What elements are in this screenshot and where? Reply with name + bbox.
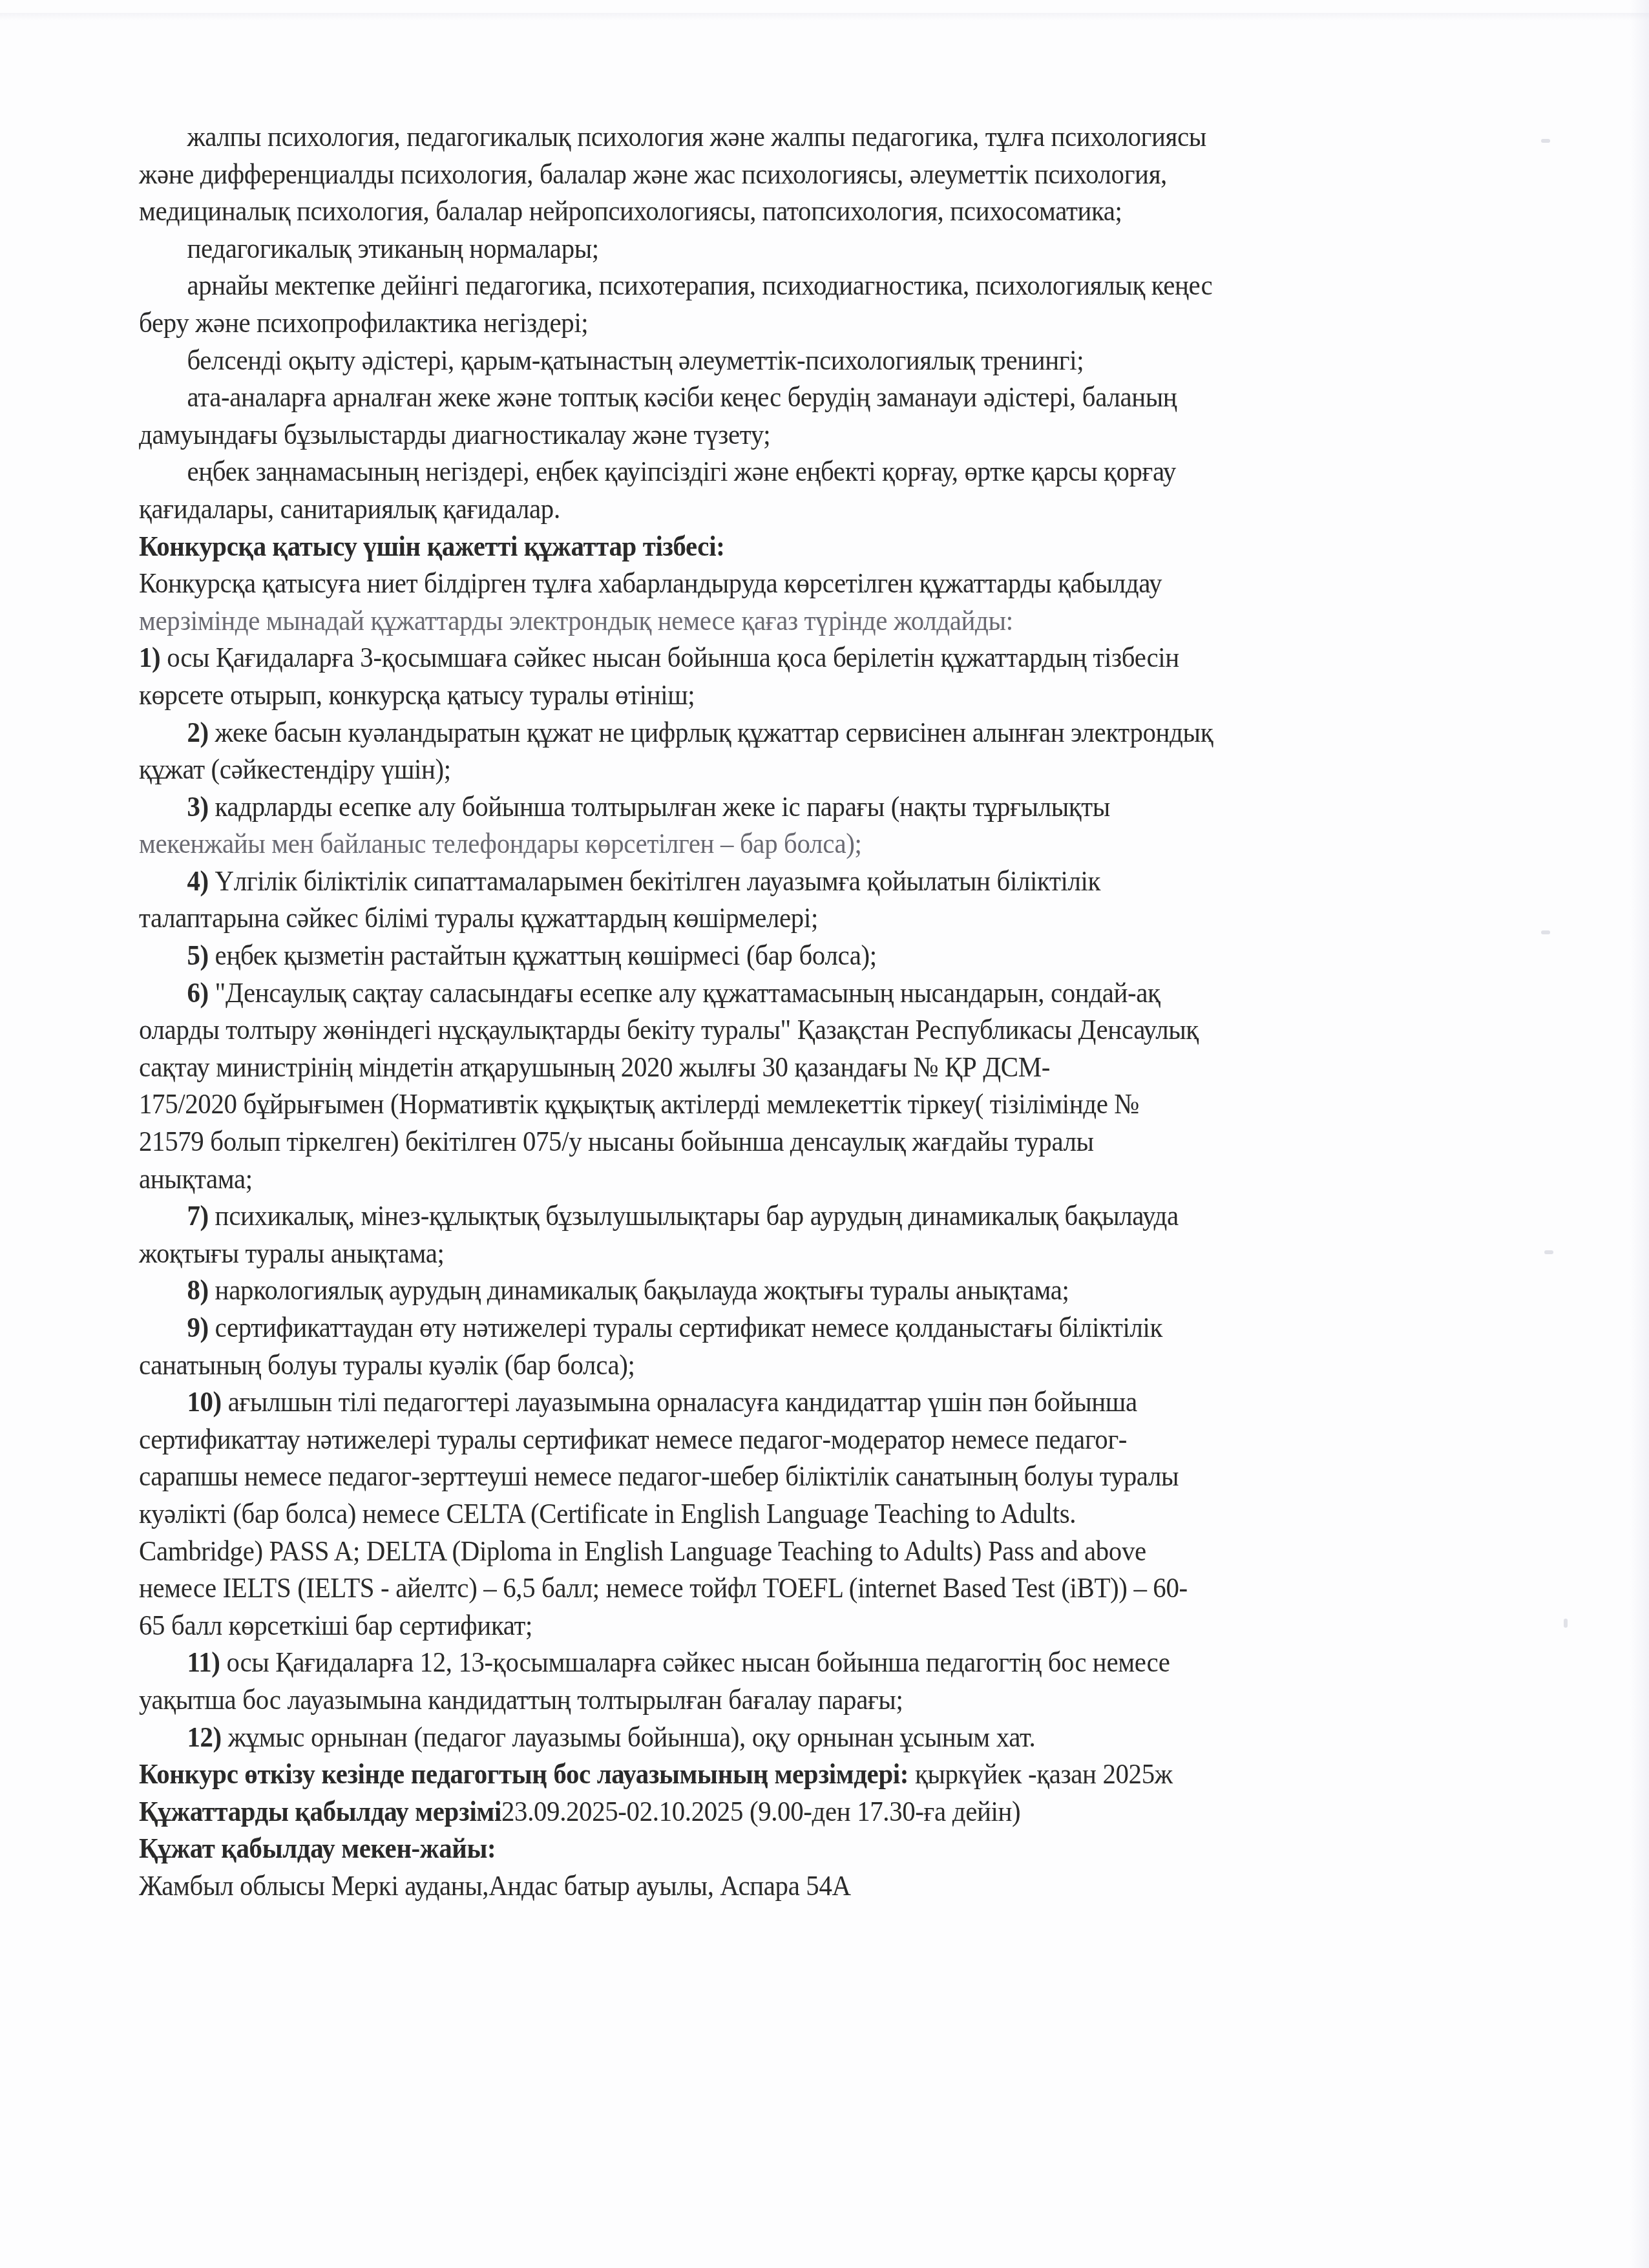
document-item-7: 7) психикалық, мінез-құлықтық бұзылушылы…	[139, 1197, 1485, 1272]
vacancy-period: Конкурс өткізу кезінде педагогтың бос ла…	[139, 1756, 1485, 1793]
scan-speck	[1541, 139, 1550, 143]
item-text: мекенжайы мен байланыс телефондары көрсе…	[139, 825, 1485, 863]
document-item-5: 5) еңбек қызметін растайтын құжаттың көш…	[139, 937, 1485, 974]
scanned-page: жалпы психология, педагогикалық психолог…	[0, 0, 1649, 2268]
item-text: сақтау министрінің міндетін атқарушының …	[139, 1049, 1485, 1086]
text-line: медициналық психология, балалар нейропси…	[139, 193, 1485, 230]
item-text: анықтама;	[139, 1160, 1485, 1198]
item-number: 7)	[187, 1200, 208, 1232]
text-line: қағидалары, санитариялық қағидалар.	[139, 490, 1485, 528]
item-text: немесе IELTS (IELTS - айелтс) – 6,5 балл…	[139, 1570, 1485, 1607]
item-number: 12)	[187, 1721, 221, 1753]
text-line: және дифференциалды психология, балалар …	[139, 156, 1485, 193]
item-text: 65 балл көрсеткіші бар сертификат;	[139, 1607, 1485, 1644]
text-line: арнайы мектепке дейінгі педагогика, псих…	[139, 267, 1485, 304]
text-line: ата-аналарға арналған жеке және топтық к…	[139, 379, 1485, 416]
text-line: Конкурсқа қатысуға ниет білдірген тұлға …	[139, 565, 1485, 602]
item-text: кадрларды есепке алу бойынша толтырылған…	[209, 791, 1110, 823]
item-text: уақытша бос лауазымына кандидаттың толты…	[139, 1681, 1485, 1719]
item-number: 5)	[187, 940, 208, 971]
document-item-3: 3) кадрларды есепке алу бойынша толтырыл…	[139, 788, 1485, 863]
scan-edge-artifact	[0, 13, 1649, 21]
item-number: 11)	[187, 1646, 220, 1678]
item-number: 1)	[139, 642, 160, 673]
documents-heading: Конкурсқа қатысу үшін қажетті құжаттар т…	[139, 528, 1485, 565]
acceptance-period-value: 23.09.2025-02.10.2025 (9.00-ден 17.30-ға…	[501, 1796, 1020, 1827]
document-item-8: 8) наркологиялық аурудың динамикалық бақ…	[139, 1272, 1485, 1309]
item-text: 175/2020 бұйрығымен (Нормативтік құқықты…	[139, 1086, 1485, 1123]
text-line: еңбек заңнамасының негіздері, еңбек қауі…	[139, 453, 1485, 490]
item-text: құжат (сәйкестендіру үшін);	[139, 751, 1485, 788]
item-text: талаптарына сәйкес білімі туралы құжатта…	[139, 899, 1485, 937]
document-item-6: 6) "Денсаулық сақтау саласындағы есепке …	[139, 974, 1485, 1198]
vacancy-period-value: қыркүйек -қазан 2025ж	[909, 1758, 1173, 1790]
item-text: осы Қағидаларға 12, 13-қосымшаларға сәйк…	[220, 1646, 1170, 1678]
scan-edge-artifact	[1630, 0, 1649, 2268]
document-item-9: 9) сертификаттаудан өту нәтижелері турал…	[139, 1309, 1485, 1383]
document-item-12: 12) жұмыс орнынан (педагог лауазымы бойы…	[139, 1719, 1485, 1756]
item-text: психикалық, мінез-құлықтық бұзылушылықта…	[209, 1200, 1179, 1232]
item-number: 6)	[187, 977, 208, 1009]
text-line: белсенді оқыту әдістері, қарым-қатынасты…	[139, 342, 1485, 379]
address-label: Құжат қабылдау мекен-жайы:	[139, 1830, 1485, 1867]
acceptance-period-label: Құжаттарды қабылдау мерзімі	[139, 1796, 501, 1827]
item-text: еңбек қызметін растайтын құжаттың көшірм…	[209, 940, 877, 971]
item-text: сертификаттау нәтижелері туралы сертифик…	[139, 1421, 1485, 1458]
item-number: 9)	[187, 1312, 208, 1343]
item-number: 2)	[187, 717, 208, 748]
text-line: мерзімінде мынадай құжаттарды электронды…	[139, 602, 1485, 640]
item-text: осы Қағидаларға 3-қосымшаға сәйкес нысан…	[160, 642, 1179, 673]
document-item-2: 2) жеке басын куәландыратын құжат не циф…	[139, 714, 1485, 788]
skills-section: жалпы психология, педагогикалық психолог…	[139, 118, 1485, 528]
vacancy-period-label: Конкурс өткізу кезінде педагогтың бос ла…	[139, 1758, 909, 1790]
item-text: жұмыс орнынан (педагог лауазымы бойынша)…	[222, 1721, 1035, 1753]
document-item-11: 11) осы Қағидаларға 12, 13-қосымшаларға …	[139, 1644, 1485, 1718]
document-item-1: 1) осы Қағидаларға 3-қосымшаға сәйкес ны…	[139, 639, 1485, 713]
scan-speck	[1541, 930, 1550, 934]
item-text: сертификаттаудан өту нәтижелері туралы с…	[209, 1312, 1162, 1343]
item-number: 3)	[187, 791, 208, 823]
item-text: жеке басын куәландыратын құжат не цифрлы…	[209, 717, 1213, 748]
item-number: 8)	[187, 1274, 208, 1306]
item-number: 4)	[187, 865, 208, 897]
item-text: көрсете отырып, конкурсқа қатысу туралы …	[139, 677, 1485, 714]
scan-speck	[1544, 1250, 1553, 1254]
address-value: Жамбыл облысы Меркі ауданы,Андас батыр а…	[139, 1867, 1485, 1905]
item-text: куәлікті (бар болса) немесе CELTA (Certi…	[139, 1495, 1485, 1533]
scan-speck	[1564, 1619, 1568, 1628]
document-item-4: 4) Үлгілік біліктілік сипаттамаларымен б…	[139, 863, 1485, 937]
text-line: дамуындағы бұзылыстарды диагностикалау ж…	[139, 416, 1485, 454]
text-line: жалпы психология, педагогикалық психолог…	[139, 118, 1485, 156]
document-item-10: 10) ағылшын тілі педагогтері лауазымына …	[139, 1383, 1485, 1644]
item-text: 21579 болып тіркелген) бекітілген 075/у …	[139, 1123, 1485, 1160]
item-text: ағылшын тілі педагогтері лауазымына орна…	[222, 1386, 1137, 1418]
document-body: жалпы психология, педагогикалық психолог…	[139, 118, 1485, 1905]
item-text: сарапшы немесе педагог-зерттеуші немесе …	[139, 1458, 1485, 1495]
item-text: санатының болуы туралы куәлік (бар болса…	[139, 1347, 1485, 1384]
item-number: 10)	[187, 1386, 221, 1418]
item-text: Үлгілік біліктілік сипаттамаларымен бекі…	[209, 865, 1100, 897]
item-text: наркологиялық аурудың динамикалық бақыла…	[209, 1274, 1069, 1306]
item-text: жоқтығы туралы анықтама;	[139, 1235, 1485, 1272]
item-text: Cambridge) PASS A; DELTA (Diploma in Eng…	[139, 1533, 1485, 1570]
text-line: беру және психопрофилактика негіздері;	[139, 304, 1485, 342]
item-text: "Денсаулық сақтау саласындағы есепке алу…	[209, 977, 1161, 1009]
item-text: оларды толтыру жөніндегі нұсқаулықтарды …	[139, 1011, 1485, 1049]
text-line: педагогикалық этиканың нормалары;	[139, 230, 1485, 268]
acceptance-period: Құжаттарды қабылдау мерзімі23.09.2025-02…	[139, 1793, 1485, 1831]
